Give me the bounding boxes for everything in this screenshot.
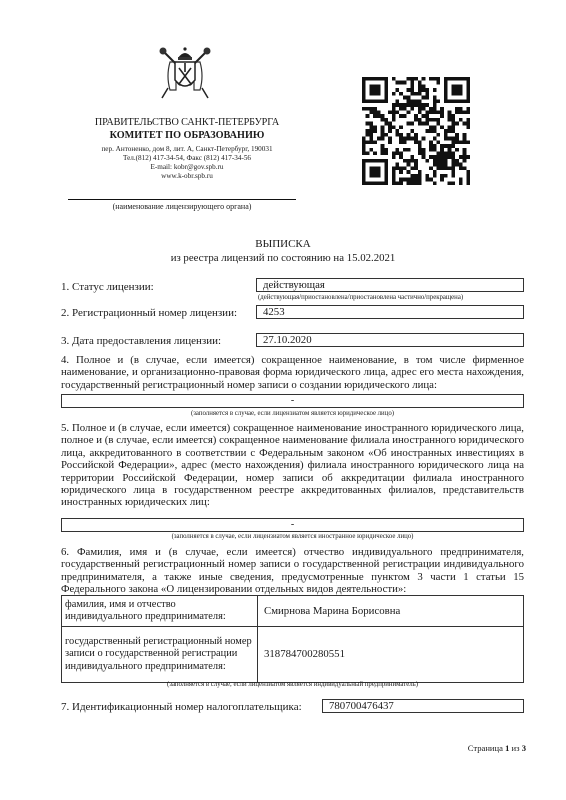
coat-of-arms-icon bbox=[156, 44, 214, 102]
foreign-entity-value: - bbox=[61, 518, 524, 532]
document-title: ВЫПИСКА bbox=[0, 238, 566, 250]
ogrnip-label: государственный регистрационный номер за… bbox=[62, 627, 258, 683]
org-caption: (наименование лицензирующего органа) bbox=[62, 202, 302, 211]
page-total: 3 bbox=[522, 743, 526, 753]
org-underline bbox=[68, 199, 296, 200]
government-name: ПРАВИТЕЛЬСТВО САНКТ-ПЕТЕРБУРГА bbox=[62, 117, 312, 128]
table-row: фамилия, имя и отчество индивидуального … bbox=[62, 596, 524, 627]
entrepreneur-name-value: Смирнова Марина Борисовна bbox=[258, 596, 524, 627]
issue-date-value: 27.10.2020 bbox=[256, 333, 524, 347]
table-row: государственный регистрационный номер за… bbox=[62, 627, 524, 683]
qr-code-icon bbox=[362, 76, 470, 186]
legal-entity-value: - bbox=[61, 394, 524, 408]
page-prefix: Страница bbox=[468, 743, 503, 753]
license-status-label: 1. Статус лицензии: bbox=[61, 281, 154, 293]
entrepreneur-hint: (заполняется в случае, если лицензиатом … bbox=[61, 681, 524, 688]
page-number: Страница 1 из 3 bbox=[420, 743, 526, 753]
document-subtitle: из реестра лицензий по состоянию на 15.0… bbox=[0, 252, 566, 264]
ogrnip-value: 318784700280551 bbox=[258, 627, 524, 683]
inn-value: 780700476437 bbox=[322, 699, 524, 713]
issue-date-label: 3. Дата предоставления лицензии: bbox=[61, 335, 221, 347]
reg-number-label: 2. Регистрационный номер лицензии: bbox=[61, 307, 237, 319]
entrepreneur-name-label: фамилия, имя и отчество индивидуального … bbox=[62, 596, 258, 627]
entrepreneur-description: 6. Фамилия, имя и (в случае, если имеетс… bbox=[61, 546, 524, 596]
committee-website: www.k-obr.spb.ru bbox=[62, 172, 312, 182]
inn-label: 7. Идентификационный номер налогоплатель… bbox=[61, 701, 302, 713]
license-status-value: действующая bbox=[256, 278, 524, 292]
entrepreneur-table: фамилия, имя и отчество индивидуального … bbox=[61, 595, 524, 683]
license-status-hint: (действующая/приостановлена/приостановле… bbox=[258, 294, 524, 301]
page-current: 1 bbox=[505, 743, 509, 753]
legal-entity-description: 4. Полное и (в случае, если имеется) сок… bbox=[61, 354, 524, 391]
foreign-entity-hint: (заполняется в случае, если лицензиатом … bbox=[61, 533, 524, 540]
committee-name: КОМИТЕТ ПО ОБРАЗОВАНИЮ bbox=[62, 130, 312, 141]
page-sep: из bbox=[512, 743, 520, 753]
legal-entity-hint: (заполняется в случае, если лицензиатом … bbox=[61, 410, 524, 417]
foreign-entity-description: 5. Полное и (в случае, если имеется) сок… bbox=[61, 422, 524, 509]
reg-number-value: 4253 bbox=[256, 305, 524, 319]
